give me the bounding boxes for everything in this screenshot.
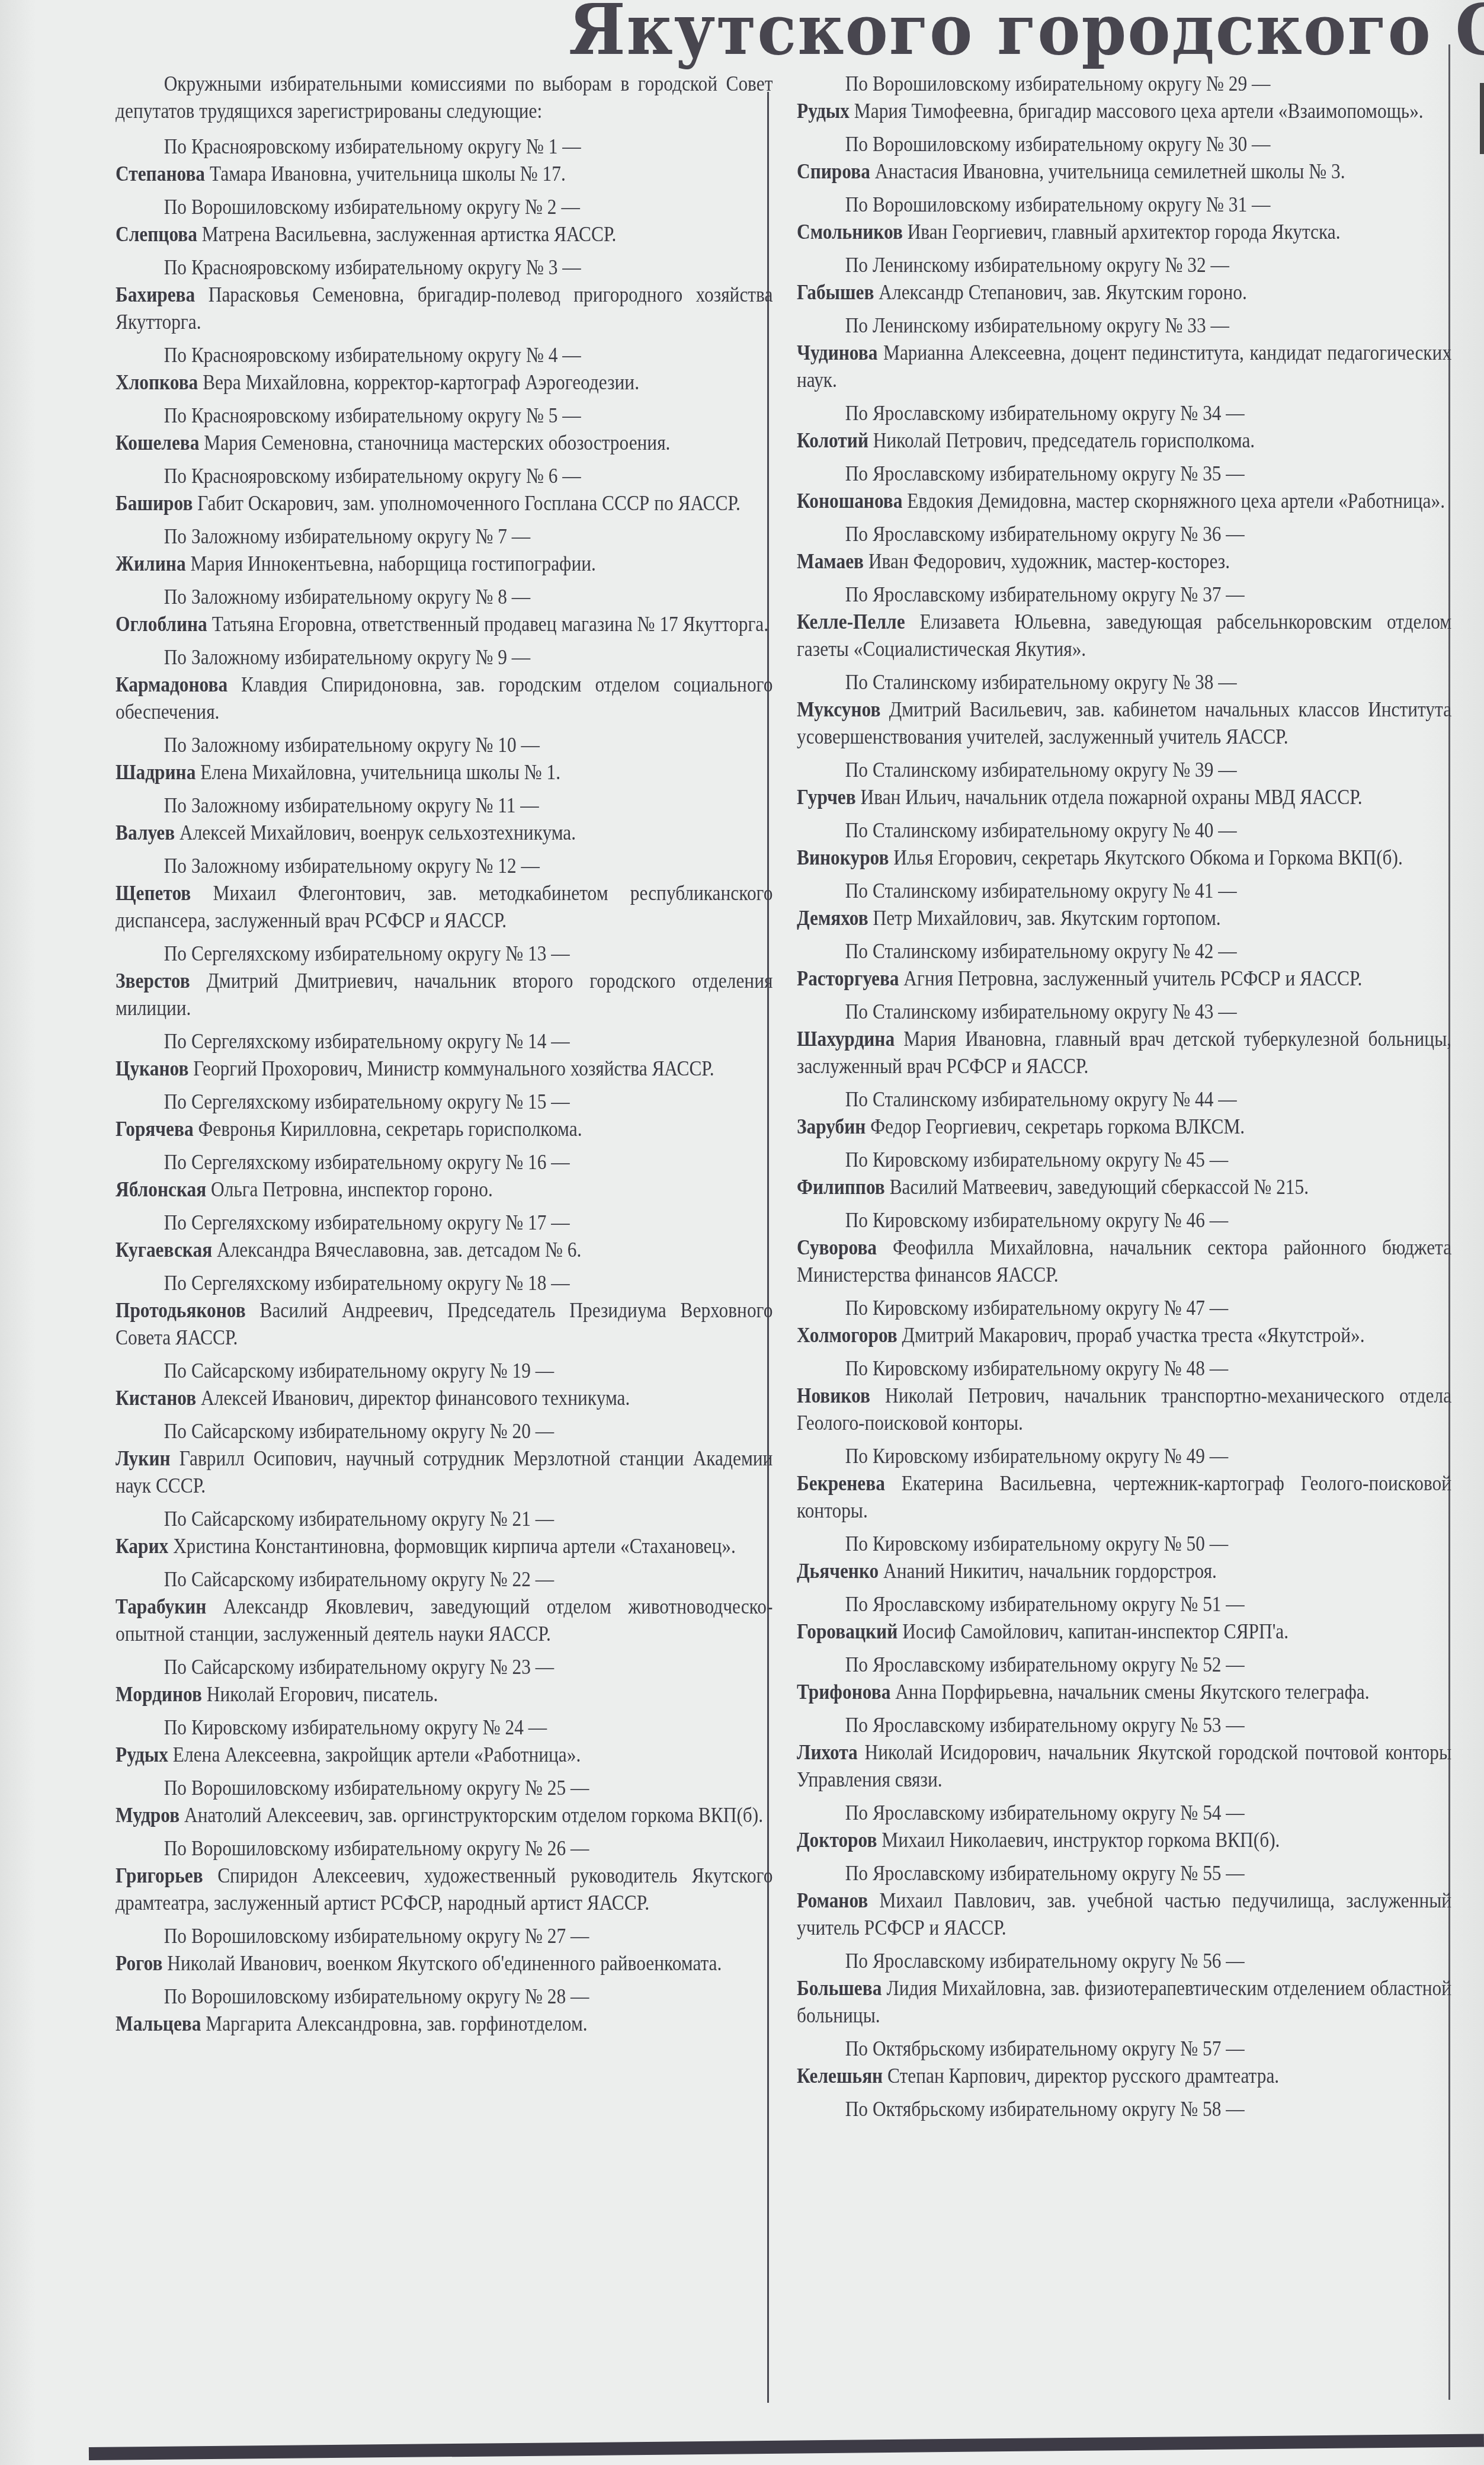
candidate-line: Шахурдина Мария Ивановна, главный врач д… xyxy=(797,1025,1451,1080)
district-line: По Ворошиловскому избирательному округу … xyxy=(116,1835,773,1862)
candidate-line: Шадрина Елена Михайловна, учительница шк… xyxy=(116,758,773,786)
candidate-entry: По Сергеляхскому избирательному округу №… xyxy=(116,1088,773,1142)
candidate-entry: По Сергеляхскому избирательному округу №… xyxy=(116,940,773,1022)
candidate-line: Келле-Пелле Елизавета Юльевна, заведующа… xyxy=(797,608,1451,662)
candidate-surname: Докторов xyxy=(797,1827,877,1852)
candidate-line: Мальцева Маргарита Александровна, зав. г… xyxy=(116,2010,773,2037)
candidate-line: Филиппов Василий Матвеевич, заведующий с… xyxy=(797,1173,1451,1201)
candidate-line: Валуев Алексей Михайлович, военрук сельх… xyxy=(116,819,773,846)
candidate-surname: Щепетов xyxy=(116,881,191,905)
candidate-details: Мария Иннокентьевна, наборщица гостипогр… xyxy=(186,551,596,575)
candidate-line: Мординов Николай Егорович, писатель. xyxy=(116,1680,773,1708)
candidate-list-left: По Краснояровскому избирательному округу… xyxy=(116,133,773,2037)
district-line: По Ярославскому избирательному округу № … xyxy=(797,399,1451,427)
candidate-details: Матрена Васильевна, заслуженная артистка… xyxy=(197,222,616,246)
candidate-details: Василий Матвеевич, заведующий сберкассой… xyxy=(885,1174,1309,1199)
candidate-surname: Филиппов xyxy=(797,1174,885,1199)
candidate-entry: По Сергеляхскому избирательному округу №… xyxy=(116,1269,773,1351)
candidate-details: Мария Тимофеевна, бригадир массового цех… xyxy=(850,98,1424,123)
candidate-entry: По Сайсарскому избирательному округу № 2… xyxy=(116,1417,773,1499)
candidate-line: Лихота Николай Исидорович, начальник Яку… xyxy=(797,1739,1451,1793)
candidate-line: Кистанов Алексей Иванович, директор фина… xyxy=(116,1384,773,1411)
candidate-surname: Горячева xyxy=(116,1116,194,1141)
candidate-entry: По Ворошиловскому избирательному округу … xyxy=(797,191,1451,245)
candidate-line: Коношанова Евдокия Демидовна, мастер ско… xyxy=(797,487,1451,514)
candidate-entry: По Заложному избирательному округу № 9 —… xyxy=(116,644,773,725)
candidate-line: Протодьяконов Василий Андреевич, Председ… xyxy=(116,1296,773,1351)
candidate-line: Келешьян Степан Карпович, директор русск… xyxy=(797,2062,1451,2089)
candidate-surname: Кармадонова xyxy=(116,672,227,696)
candidate-line: Чудинова Марианна Алексеевна, доцент пед… xyxy=(797,339,1451,393)
candidate-entry: По Заложному избирательному округу № 11 … xyxy=(116,792,773,846)
candidate-details: Екатерина Васильевна, чертежник-картогра… xyxy=(797,1471,1451,1522)
district-line: По Кировскому избирательному округу № 45… xyxy=(797,1146,1451,1173)
candidate-entry: По Кировскому избирательному округу № 46… xyxy=(797,1206,1451,1288)
right-column: По Ворошиловскому избирательному округу … xyxy=(797,70,1451,2128)
candidate-details: Елена Михайловна, учительница школы № 1. xyxy=(195,760,560,784)
district-line: По Сайсарскому избирательному округу № 2… xyxy=(116,1653,773,1680)
district-line: По Ворошиловскому избирательному округу … xyxy=(116,1983,773,2010)
candidate-details: Федор Георгиевич, секретарь горкома ВЛКС… xyxy=(866,1114,1245,1138)
candidate-entry: По Заложному избирательному округу № 10 … xyxy=(116,731,773,786)
district-line: По Сталинскому избирательному округу № 3… xyxy=(797,756,1451,783)
district-line: По Сайсарскому избирательному округу № 1… xyxy=(116,1357,773,1384)
candidate-line: Рудых Мария Тимофеевна, бригадир массово… xyxy=(797,97,1451,124)
candidate-line: Зверстов Дмитрий Дмитриевич, начальник в… xyxy=(116,967,773,1022)
district-line: По Сергеляхскому избирательному округу №… xyxy=(116,940,773,967)
candidate-surname: Цуканов xyxy=(116,1056,188,1080)
candidate-surname: Кистанов xyxy=(116,1385,196,1410)
candidate-details: Дмитрий Васильевич, зав. кабинетом начал… xyxy=(797,697,1451,748)
candidate-details: Георгий Прохорович, Министр коммунальног… xyxy=(188,1056,714,1080)
candidate-entry: По Ворошиловскому избирательному округу … xyxy=(116,1983,773,2037)
candidate-entry: По Краснояровскому избирательному округу… xyxy=(116,462,773,517)
candidate-entry: По Ярославскому избирательному округу № … xyxy=(797,399,1451,454)
district-line: По Ярославскому избирательному округу № … xyxy=(797,1590,1451,1618)
candidate-entry: По Краснояровскому избирательному округу… xyxy=(116,133,773,187)
candidate-details: Иосиф Самойлович, капитан-инспектор СЯРП… xyxy=(898,1619,1289,1643)
candidate-line: Трифонова Анна Порфирьевна, начальник см… xyxy=(797,1678,1451,1705)
district-line: По Кировскому избирательному округу № 48… xyxy=(797,1355,1451,1382)
candidate-line: Баширов Габит Оскарович, зам. уполномоче… xyxy=(116,489,773,517)
district-line: По Ярославскому избирательному округу № … xyxy=(797,1947,1451,1974)
candidate-line: Демяхов Петр Михайлович, зав. Якутским г… xyxy=(797,904,1451,931)
candidate-details: Николай Иванович, военком Якутского об'е… xyxy=(162,1951,722,1975)
candidate-surname: Келле-Пелле xyxy=(797,609,905,633)
candidate-surname: Муксунов xyxy=(797,697,880,721)
candidate-line: Яблонская Ольга Петровна, инспектор горо… xyxy=(116,1176,773,1203)
candidate-line: Новиков Николай Петрович, начальник тран… xyxy=(797,1382,1451,1436)
candidate-line: Романов Михаил Павлович, зав. учебной ча… xyxy=(797,1887,1451,1941)
candidate-entry: По Кировскому избирательному округу № 50… xyxy=(797,1530,1451,1584)
candidate-line: Степанова Тамара Ивановна, учительница ш… xyxy=(116,160,773,187)
candidate-surname: Суворова xyxy=(797,1235,877,1259)
candidate-surname: Демяхов xyxy=(797,905,868,930)
candidate-surname: Мординов xyxy=(116,1682,202,1706)
candidate-line: Мамаев Иван Федорович, художник, мастер-… xyxy=(797,548,1451,575)
district-line: По Ярославскому избирательному округу № … xyxy=(797,1651,1451,1678)
district-line: По Сергеляхскому избирательному округу №… xyxy=(116,1209,773,1236)
candidate-surname: Кугаевская xyxy=(116,1237,212,1262)
candidate-details: Татьяна Егоровна, ответственный продавец… xyxy=(207,612,768,636)
candidate-line: Слепцова Матрена Васильевна, заслуженная… xyxy=(116,220,773,248)
candidate-details: Ананий Никитич, начальник гордорстроя. xyxy=(879,1558,1217,1583)
candidate-surname: Григорьев xyxy=(116,1863,203,1887)
candidate-surname: Тарабукин xyxy=(116,1594,206,1618)
district-line: По Кировскому избирательному округу № 47… xyxy=(797,1294,1451,1321)
candidate-surname: Рогов xyxy=(116,1951,162,1975)
candidate-surname: Валуев xyxy=(116,820,175,844)
candidate-line: Муксунов Дмитрий Васильевич, зав. кабине… xyxy=(797,696,1451,750)
candidate-line: Гурчев Иван Ильич, начальник отдела пожа… xyxy=(797,783,1451,811)
candidate-line: Григорьев Спиридон Алексеевич, художеств… xyxy=(116,1862,773,1916)
candidate-entry: По Ярославскому избирательному округу № … xyxy=(797,581,1451,662)
candidate-entry: По Заложному избирательному округу № 7 —… xyxy=(116,523,773,577)
candidate-surname: Трифонова xyxy=(797,1679,890,1704)
candidate-entry: По Заложному избирательному округу № 12 … xyxy=(116,852,773,934)
candidate-surname: Колотий xyxy=(797,428,868,452)
candidate-line: Хлопкова Вера Михайловна, корректор-карт… xyxy=(116,369,773,396)
candidate-details: Елена Алексеевна, закройщик артели «Рабо… xyxy=(168,1742,581,1766)
district-line: По Краснояровскому избирательному округу… xyxy=(116,133,773,160)
district-line: По Ворошиловскому избирательному округу … xyxy=(116,193,773,220)
candidate-entry: По Краснояровскому избирательному округу… xyxy=(116,402,773,456)
candidate-surname: Шахурдина xyxy=(797,1026,895,1051)
candidate-details: Феофилла Михайловна, начальник сектора р… xyxy=(797,1235,1451,1286)
candidate-details: Дмитрий Макарович, прораб участка треста… xyxy=(898,1323,1365,1347)
candidate-line: Лукин Гаврилл Осипович, научный сотрудни… xyxy=(116,1445,773,1499)
candidate-surname: Мальцева xyxy=(116,2011,201,2035)
district-line: По Кировскому избирательному округу № 24… xyxy=(116,1714,773,1741)
candidate-entry: По Ворошиловскому избирательному округу … xyxy=(116,1922,773,1977)
candidate-line: Цуканов Георгий Прохорович, Министр комм… xyxy=(116,1055,773,1082)
district-line: По Кировскому избирательному округу № 50… xyxy=(797,1530,1451,1557)
candidate-surname: Слепцова xyxy=(116,222,197,246)
candidate-surname: Зверстов xyxy=(116,968,190,993)
candidate-surname: Степанова xyxy=(116,161,205,185)
candidate-details: Николай Исидорович, начальник Якутской г… xyxy=(797,1740,1451,1791)
district-line: По Ворошиловскому избирательному округу … xyxy=(116,1774,773,1801)
intro-paragraph: Окружными избирательными комиссиями по в… xyxy=(116,70,773,124)
candidate-surname: Новиков xyxy=(797,1383,870,1407)
candidate-line: Зарубин Федор Георгиевич, секретарь горк… xyxy=(797,1113,1451,1140)
district-line: По Сталинскому избирательному округу № 4… xyxy=(797,937,1451,965)
district-line: По Кировскому избирательному округу № 46… xyxy=(797,1206,1451,1234)
district-line: По Сергеляхскому избирательному округу №… xyxy=(116,1027,773,1055)
candidate-details: Александр Яковлевич, заведующий отделом … xyxy=(116,1594,773,1646)
candidate-surname: Горовацкий xyxy=(797,1619,898,1643)
district-line: По Сайсарскому избирательному округу № 2… xyxy=(116,1505,773,1532)
candidate-surname: Баширов xyxy=(116,491,193,515)
candidate-entry: По Сталинскому избирательному округу № 4… xyxy=(797,817,1451,871)
district-line: По Сергеляхскому избирательному округу №… xyxy=(116,1148,773,1176)
candidate-line: Жилина Мария Иннокентьевна, наборщица го… xyxy=(116,550,773,577)
district-line: По Краснояровскому избирательному округу… xyxy=(116,462,773,489)
district-line: По Заложному избирательному округу № 11 … xyxy=(116,792,773,819)
candidate-line: Суворова Феофилла Михайловна, начальник … xyxy=(797,1234,1451,1288)
candidate-line: Габышев Александр Степанович, зав. Якутс… xyxy=(797,278,1451,306)
district-line: По Краснояровскому избирательному округу… xyxy=(116,402,773,429)
candidate-entry: По Сталинскому избирательному округу № 4… xyxy=(797,998,1451,1080)
candidate-entry: По Сайсарскому избирательному округу № 2… xyxy=(116,1653,773,1708)
district-line: По Краснояровскому избирательному округу… xyxy=(116,254,773,281)
candidate-line: Мудров Анатолий Алексеевич, зав. оргинст… xyxy=(116,1801,773,1829)
candidate-line: Тарабукин Александр Яковлевич, заведующи… xyxy=(116,1593,773,1647)
candidate-details: Михаил Флегонтович, зав. методкабинетом … xyxy=(116,881,773,932)
district-line: По Заложному избирательному округу № 8 — xyxy=(116,583,773,610)
candidate-entry: По Сергеляхскому избирательному округу №… xyxy=(116,1027,773,1082)
candidate-entry: По Кировскому избирательному округу № 48… xyxy=(797,1355,1451,1436)
candidate-surname: Рудых xyxy=(797,98,850,123)
candidate-entry: По Сталинскому избирательному округу № 3… xyxy=(797,756,1451,811)
candidate-entry: По Ярославскому избирательному округу № … xyxy=(797,520,1451,575)
candidate-line: Бекренева Екатерина Васильевна, чертежни… xyxy=(797,1470,1451,1524)
candidate-details: Алексей Михайлович, военрук сельхозтехни… xyxy=(175,820,576,844)
candidate-details: Вера Михайловна, корректор-картограф Аэр… xyxy=(198,370,639,394)
district-line: По Октябрьскому избирательному округу № … xyxy=(797,2035,1451,2062)
candidate-entry: По Кировскому избирательному округу № 45… xyxy=(797,1146,1451,1201)
candidate-details: Христина Константиновна, формовщик кирпи… xyxy=(168,1534,736,1558)
district-line: По Заложному избирательному округу № 10 … xyxy=(116,731,773,758)
candidate-surname: Винокуров xyxy=(797,845,889,869)
candidate-entry: По Ворошиловскому избирательному округу … xyxy=(797,130,1451,185)
candidate-details: Анастасия Ивановна, учительница семилетн… xyxy=(870,159,1345,183)
district-line: По Октябрьскому избирательному округу № … xyxy=(797,2095,1451,2123)
district-line: По Сайсарскому избирательному округу № 2… xyxy=(116,1417,773,1445)
district-line: По Ярославскому избирательному округу № … xyxy=(797,581,1451,608)
district-line: По Сергеляхскому избирательному округу №… xyxy=(116,1269,773,1296)
district-line: По Ярославскому избирательному округу № … xyxy=(797,1859,1451,1887)
candidate-details: Александр Степанович, зав. Якутским горо… xyxy=(874,280,1247,304)
candidate-entry: По Ярославскому избирательному округу № … xyxy=(797,460,1451,514)
candidate-surname: Жилина xyxy=(116,551,186,575)
candidate-entry: По Кировскому избирательному округу № 47… xyxy=(797,1294,1451,1349)
candidate-surname: Хлопкова xyxy=(116,370,198,394)
adjacent-column-edge xyxy=(1480,83,1484,154)
candidate-details: Маргарита Александровна, зав. горфинотде… xyxy=(201,2011,587,2035)
candidate-line: Горячева Февронья Кирилловна, секретарь … xyxy=(116,1115,773,1142)
candidate-entry: По Кировскому избирательному округу № 24… xyxy=(116,1714,773,1768)
candidate-entry: По Сайсарскому избирательному округу № 2… xyxy=(116,1505,773,1560)
district-line: По Ворошиловскому избирательному округу … xyxy=(116,1922,773,1949)
candidate-details: Февронья Кирилловна, секретарь горисполк… xyxy=(194,1116,582,1141)
candidate-line: Дьяченко Ананий Никитич, начальник гордо… xyxy=(797,1557,1451,1584)
candidate-details: Мария Семеновна, станочница мастерских о… xyxy=(200,430,671,454)
district-line: По Ленинскому избирательному округу № 33… xyxy=(797,312,1451,339)
district-line: По Кировскому избирательному округу № 49… xyxy=(797,1442,1451,1470)
candidate-entry: По Сайсарскому избирательному округу № 1… xyxy=(116,1357,773,1411)
district-line: По Ярославскому избирательному округу № … xyxy=(797,520,1451,548)
candidate-surname: Лихота xyxy=(797,1740,858,1764)
candidate-surname: Спирова xyxy=(797,159,870,183)
candidate-details: Иван Федорович, художник, мастер-косторе… xyxy=(864,549,1230,573)
candidate-surname: Дьяченко xyxy=(797,1558,879,1583)
newspaper-headline: Якутского городского Совет xyxy=(569,0,1484,71)
candidate-entry: По Сергеляхскому избирательному округу №… xyxy=(116,1148,773,1203)
candidate-surname: Мудров xyxy=(116,1803,180,1827)
candidate-surname: Расторгуева xyxy=(797,966,899,990)
district-line: По Ворошиловскому избирательному округу … xyxy=(797,130,1451,158)
candidate-surname: Шадрина xyxy=(116,760,195,784)
candidate-entry: По Сталинскому избирательному округу № 4… xyxy=(797,877,1451,931)
candidate-surname: Келешьян xyxy=(797,2063,883,2088)
candidate-surname: Мамаев xyxy=(797,549,864,573)
candidate-surname: Карих xyxy=(116,1534,168,1558)
candidate-surname: Бахирева xyxy=(116,282,195,306)
candidate-entry: По Ярославскому избирательному округу № … xyxy=(797,1947,1451,2029)
candidate-details: Иван Ильич, начальник отдела пожарной ох… xyxy=(856,785,1363,809)
candidate-line: Кармадонова Клавдия Спиридоновна, зав. г… xyxy=(116,671,773,725)
candidate-details: Николай Егорович, писатель. xyxy=(202,1682,438,1706)
candidate-line: Кошелева Мария Семеновна, станочница мас… xyxy=(116,429,773,456)
candidate-details: Михаил Павлович, зав. учебной частью пед… xyxy=(797,1888,1451,1939)
candidate-details: Гаврилл Осипович, научный сотрудник Мерз… xyxy=(116,1446,773,1497)
district-line: По Ярославскому избирательному округу № … xyxy=(797,1711,1451,1739)
candidate-surname: Протодьяконов xyxy=(116,1298,246,1322)
candidate-details: Габит Оскарович, зам. уполномоченного Го… xyxy=(193,491,740,515)
candidate-line: Карих Христина Константиновна, формовщик… xyxy=(116,1532,773,1560)
candidate-entry: По Ярославскому избирательному округу № … xyxy=(797,1590,1451,1645)
candidate-entry: По Сталинскому избирательному округу № 4… xyxy=(797,1086,1451,1140)
candidate-details: Лидия Михайловна, зав. физиотерапевтичес… xyxy=(797,1976,1451,2027)
candidate-entry: По Ярославскому избирательному округу № … xyxy=(797,1711,1451,1793)
candidate-details: Илья Егорович, секретарь Якутского Обком… xyxy=(889,845,1402,869)
district-line: По Сталинскому избирательному округу № 4… xyxy=(797,1086,1451,1113)
candidate-entry: По Ворошиловскому избирательному округу … xyxy=(797,70,1451,124)
district-line: По Заложному избирательному округу № 7 — xyxy=(116,523,773,550)
candidate-entry: По Ворошиловскому избирательному округу … xyxy=(116,1835,773,1916)
candidate-surname: Кошелева xyxy=(116,430,200,454)
candidate-surname: Романов xyxy=(797,1888,868,1912)
candidate-details: Алексей Иванович, директор финансового т… xyxy=(196,1385,630,1410)
candidate-line: Большева Лидия Михайловна, зав. физиотер… xyxy=(797,1974,1451,2029)
district-line: По Ленинскому избирательному округу № 32… xyxy=(797,251,1451,278)
candidate-line: Горовацкий Иосиф Самойлович, капитан-инс… xyxy=(797,1618,1451,1645)
candidate-entry: По Кировскому избирательному округу № 49… xyxy=(797,1442,1451,1524)
candidate-line: Щепетов Михаил Флегонтович, зав. методка… xyxy=(116,879,773,934)
candidate-surname: Рудых xyxy=(116,1742,168,1766)
candidate-surname: Коношанова xyxy=(797,488,903,513)
candidate-details: Николай Петрович, председатель горисполк… xyxy=(868,428,1255,452)
district-line: По Ворошиловскому избирательному округу … xyxy=(797,191,1451,218)
candidate-entry: По Ворошиловскому избирательному округу … xyxy=(116,1774,773,1829)
candidate-details: Михаил Николаевич, инструктор горкома ВК… xyxy=(877,1827,1280,1852)
candidate-entry: По Сталинскому избирательному округу № 3… xyxy=(797,668,1451,750)
candidate-details: Дмитрий Дмитриевич, начальник второго го… xyxy=(116,968,773,1020)
candidate-details: Агния Петровна, заслуженный учитель РСФС… xyxy=(899,966,1363,990)
candidate-entry: По Краснояровскому избирательному округу… xyxy=(116,341,773,396)
district-line: По Сталинскому избирательному округу № 3… xyxy=(797,668,1451,696)
candidate-surname: Зарубин xyxy=(797,1114,866,1138)
district-line: По Ярославскому избирательному округу № … xyxy=(797,460,1451,487)
candidate-surname: Габышев xyxy=(797,280,874,304)
candidate-details: Евдокия Демидовна, мастер скорняжного це… xyxy=(903,488,1445,513)
candidate-line: Смольников Иван Георгиевич, главный архи… xyxy=(797,218,1451,245)
candidate-line: Бахирева Парасковья Семеновна, бригадир-… xyxy=(116,281,773,335)
candidate-surname: Лукин xyxy=(116,1446,171,1470)
candidate-details: Тамара Ивановна, учительница школы № 17. xyxy=(205,161,566,185)
candidate-entry: По Ленинскому избирательному округу № 32… xyxy=(797,251,1451,306)
candidate-details: Спиридон Алексеевич, художественный руко… xyxy=(116,1863,773,1915)
candidate-line: Колотий Николай Петрович, председатель г… xyxy=(797,427,1451,454)
candidate-details: Александра Вячеславовна, зав. детсадом №… xyxy=(212,1237,581,1262)
district-line: По Сталинскому избирательному округу № 4… xyxy=(797,817,1451,844)
candidate-entry: По Ленинскому избирательному округу № 33… xyxy=(797,312,1451,393)
candidate-line: Кугаевская Александра Вячеславовна, зав.… xyxy=(116,1236,773,1263)
candidate-details: Иван Георгиевич, главный архитектор горо… xyxy=(903,219,1341,244)
district-line: По Сталинскому избирательному округу № 4… xyxy=(797,877,1451,904)
candidate-entry: По Октябрьскому избирательному округу № … xyxy=(797,2035,1451,2089)
candidate-details: Анатолий Алексеевич, зав. оргинструкторс… xyxy=(180,1803,763,1827)
candidate-details: Ольга Петровна, инспектор гороно. xyxy=(206,1177,493,1201)
district-line: По Краснояровскому избирательному округу… xyxy=(116,341,773,369)
candidate-list-right: По Ворошиловскому избирательному округу … xyxy=(797,70,1451,2123)
district-line: По Ярославскому избирательному округу № … xyxy=(797,1799,1451,1826)
candidate-surname: Чудинова xyxy=(797,340,877,364)
candidate-entry: По Ярославскому избирательному округу № … xyxy=(797,1651,1451,1705)
candidate-line: Рудых Елена Алексеевна, закройщик артели… xyxy=(116,1741,773,1768)
candidate-line: Расторгуева Агния Петровна, заслуженный … xyxy=(797,965,1451,992)
candidate-line: Винокуров Илья Егорович, секретарь Якутс… xyxy=(797,844,1451,871)
candidate-entry: По Ярославскому избирательному округу № … xyxy=(797,1859,1451,1941)
candidate-details: Степан Карпович, директор русского драмт… xyxy=(883,2063,1279,2088)
candidate-entry: По Октябрьскому избирательному округу № … xyxy=(797,2095,1451,2123)
candidate-line: Холмогоров Дмитрий Макарович, прораб уча… xyxy=(797,1321,1451,1349)
district-line: По Заложному избирательному округу № 12 … xyxy=(116,852,773,879)
candidate-surname: Гурчев xyxy=(797,785,856,809)
candidate-line: Спирова Анастасия Ивановна, учительница … xyxy=(797,158,1451,185)
district-line: По Сергеляхскому избирательному округу №… xyxy=(116,1088,773,1115)
candidate-surname: Бекренева xyxy=(797,1471,885,1495)
candidate-details: Мария Ивановна, главный врач детской туб… xyxy=(797,1026,1451,1078)
candidate-entry: По Заложному избирательному округу № 8 —… xyxy=(116,583,773,638)
candidate-surname: Смольников xyxy=(797,219,903,244)
candidate-entry: По Сталинскому избирательному округу № 4… xyxy=(797,937,1451,992)
candidate-details: Николай Петрович, начальник транспортно-… xyxy=(797,1383,1451,1435)
candidate-details: Марианна Алексеевна, доцент пединститута… xyxy=(797,340,1451,392)
candidate-entry: По Сайсарскому избирательному округу № 2… xyxy=(116,1566,773,1647)
candidate-surname: Холмогоров xyxy=(797,1323,898,1347)
bottom-rule xyxy=(89,2434,1484,2460)
candidate-details: Парасковья Семеновна, бригадир-полевод п… xyxy=(116,282,773,334)
candidate-entry: По Краснояровскому избирательному округу… xyxy=(116,254,773,335)
candidate-surname: Оглоблина xyxy=(116,612,207,636)
candidate-surname: Яблонская xyxy=(116,1177,206,1201)
left-column: Окружными избирательными комиссиями по в… xyxy=(116,70,773,2043)
candidate-line: Рогов Николай Иванович, военком Якутског… xyxy=(116,1949,773,1977)
candidate-details: Анна Порфирьевна, начальник смены Якутск… xyxy=(890,1679,1369,1704)
district-line: По Заложному избирательному округу № 9 — xyxy=(116,644,773,671)
candidate-surname: Большева xyxy=(797,1976,882,2000)
candidate-entry: По Ворошиловскому избирательному округу … xyxy=(116,193,773,248)
district-line: По Ворошиловскому избирательному округу … xyxy=(797,70,1451,97)
candidate-details: Петр Михайлович, зав. Якутским гортопом. xyxy=(868,905,1221,930)
candidate-line: Докторов Михаил Николаевич, инструктор г… xyxy=(797,1826,1451,1853)
district-line: По Сталинскому избирательному округу № 4… xyxy=(797,998,1451,1025)
candidate-entry: По Ярославскому избирательному округу № … xyxy=(797,1799,1451,1853)
candidate-line: Оглоблина Татьяна Егоровна, ответственны… xyxy=(116,610,773,638)
district-line: По Сайсарскому избирательному округу № 2… xyxy=(116,1566,773,1593)
candidate-entry: По Сергеляхскому избирательному округу №… xyxy=(116,1209,773,1263)
